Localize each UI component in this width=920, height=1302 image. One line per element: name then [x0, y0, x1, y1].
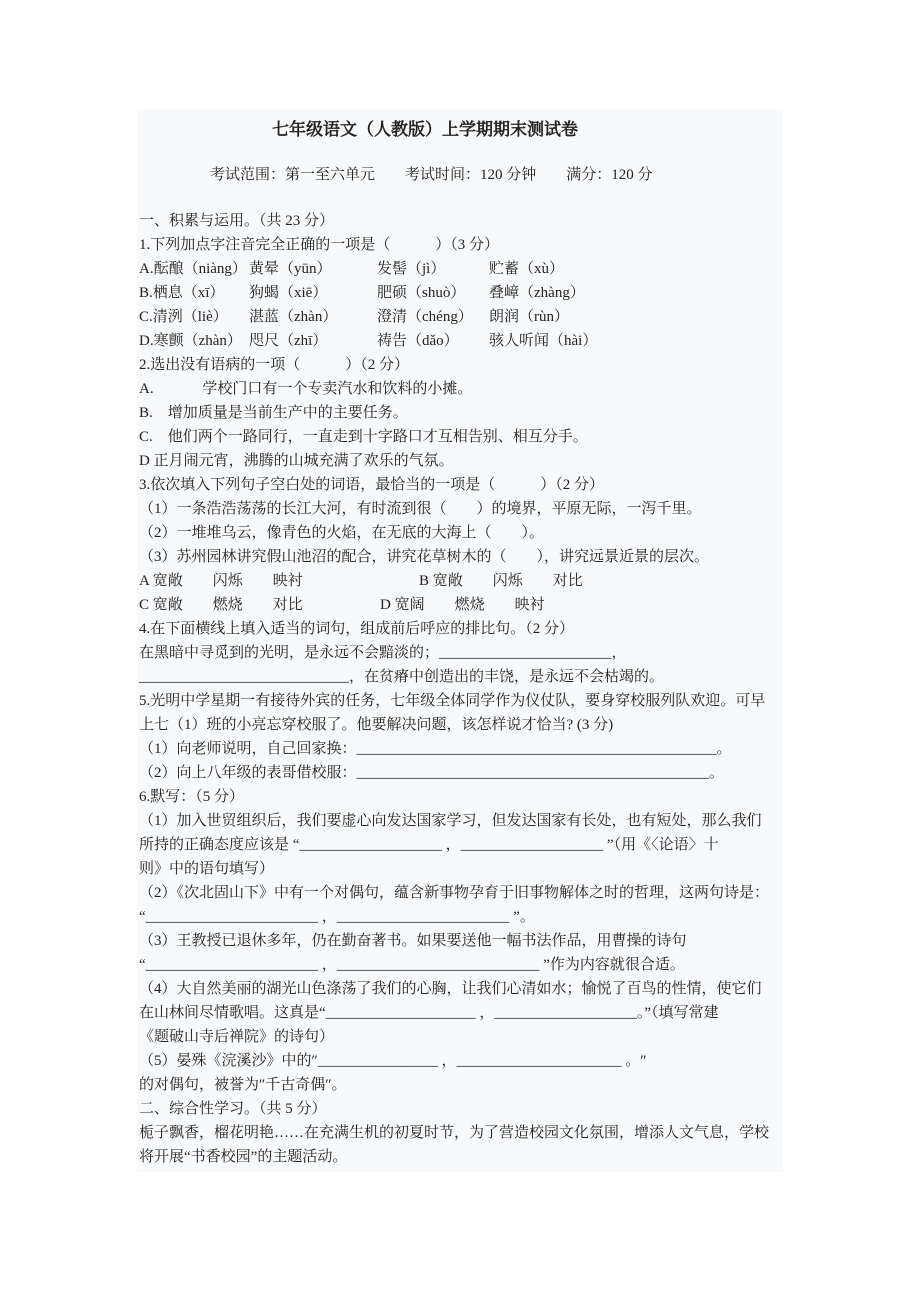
section-2-intro-line1: 栀子飘香，榴花明艳……在充满生机的初夏时节，为了营造校园文化氛围，增添人文气息，…	[139, 1121, 783, 1145]
q6-item5-line1: （5）晏殊《浣溪沙》中的″________________ ，_________…	[139, 1049, 783, 1073]
q2-option-d: D 正月闹元宵，沸腾的山城充满了欢乐的气氛。	[139, 449, 783, 473]
q6-item4-line3: 《题破山寺后禅院》的诗句）	[139, 1025, 783, 1049]
q3-choice-d: D 宽阔 燃烧 映衬	[380, 593, 783, 617]
q6-item4-line1: （4）大自然美丽的湖光山色涤荡了我们的心胸，让我们心清如水；愉悦了百鸟的性情，使…	[139, 977, 783, 1001]
q1-option-d-row: D.寒颤（zhàn） 咫尺（zhī） 祷告（dǎo） 骇人听闻（hài）	[139, 329, 783, 353]
q5-stem-line-2: 上七（1）班的小亮忘穿校服了。他要解决问题，该怎样说才恰当? (3 分)	[139, 713, 783, 737]
q2-stem: 2.选出没有语病的一项（ ）（2 分）	[139, 353, 783, 377]
q3-stem: 3.依次填入下列句子空白处的词语，最恰当的一项是（ ）（2 分）	[139, 473, 783, 497]
q5-stem-line-1: 5.光明中学星期一有接待外宾的任务，七年级全体同学作为仪仗队，要身穿校服列队欢迎…	[139, 689, 783, 713]
section-2-heading: 二、综合性学习。（共 5 分）	[139, 1097, 783, 1121]
q2-option-a: A. 学校门口有一个专卖汽水和饮料的小摊。	[139, 377, 783, 401]
q1-b-word1: B.栖息（xī）	[139, 281, 249, 305]
q1-option-a-row: A.酝酿（niàng） 黄晕（yūn） 发髻（jì） 贮蓄（xù）	[139, 257, 783, 281]
exam-paper-page: 七年级语文（人教版）上学期期末测试卷 考试范围：第一至六单元 考试时间：120 …	[137, 110, 783, 1172]
q6-item1-line2: 所持的正确态度应该是 “___________________ ，_______…	[139, 833, 783, 857]
q3-choice-b: B 宽敞 闪烁 对比	[419, 569, 783, 593]
q6-item5-line2: 的对偶句，被誉为″千古奇偶″。	[139, 1073, 783, 1097]
q1-d-word3: 祷告（dǎo）	[377, 329, 489, 353]
q1-b-word4: 叠嶂（zhàng）	[489, 281, 783, 305]
q1-a-word3: 发髻（jì）	[377, 257, 489, 281]
exam-meta: 考试范围：第一至六单元 考试时间：120 分钟 满分：120 分	[137, 163, 783, 187]
q6-stem: 6.默写：（5 分）	[139, 785, 783, 809]
q6-item2-line2: “_______________________ ，______________…	[139, 905, 783, 929]
q2-option-c: C. 他们两个一路同行，一直走到十字路口才互相告别、相互分手。	[139, 425, 783, 449]
exam-body: 一、积累与运用。（共 23 分） 1.下列加点字注音完全正确的一项是（ ）（3 …	[137, 209, 783, 1169]
q1-d-word1: D.寒颤（zhàn）	[139, 329, 249, 353]
q1-option-b-row: B.栖息（xī） 狗蝎（xiē） 肥硕（shuò） 叠嶂（zhàng）	[139, 281, 783, 305]
q6-item3-line1: （3）王教授已退休多年，仍在勤奋著书。如果要送他一幅书法作品，用曹操的诗句	[139, 929, 783, 953]
q1-a-word4: 贮蓄（xù）	[489, 257, 783, 281]
q1-b-word2: 狗蝎（xiē）	[249, 281, 377, 305]
q1-stem: 1.下列加点字注音完全正确的一项是（ ）（3 分）	[139, 233, 783, 257]
q5-item-1: （1）向老师说明，自己回家换：_________________________…	[139, 737, 783, 761]
q3-choice-c: C 宽敞 燃烧 对比	[139, 593, 380, 617]
q3-item-1: （1）一条浩浩荡荡的长江大河，有时流到很（ ）的境界，平原无际，一泻千里。	[139, 497, 783, 521]
q3-item-3: （3）苏州园林讲究假山池沼的配合，讲究花草树木的（ ），讲究远景近景的层次。	[139, 545, 783, 569]
q1-c-word3: 澄清（chéng）	[377, 305, 489, 329]
q3-choices-row-cd: C 宽敞 燃烧 对比 D 宽阔 燃烧 映衬	[139, 593, 783, 617]
q1-a-word2: 黄晕（yūn）	[249, 257, 377, 281]
q3-choices-row-ab: A 宽敞 闪烁 映衬 B 宽敞 闪烁 对比	[139, 569, 783, 593]
q2-option-b: B. 增加质量是当前生产中的主要任务。	[139, 401, 783, 425]
q1-option-c-row: C.清洌（liè） 湛蓝（zhàn） 澄清（chéng） 朗润（rùn）	[139, 305, 783, 329]
q3-choice-a: A 宽敞 闪烁 映衬	[139, 569, 419, 593]
q5-item-2: （2）向上八年级的表哥借校服：_________________________…	[139, 761, 783, 785]
q3-item-2: （2）一堆堆乌云，像青色的火焰，在无底的大海上（ ）。	[139, 521, 783, 545]
q1-c-word1: C.清洌（liè）	[139, 305, 249, 329]
q6-item2-line1: （2）《次北固山下》中有一个对偶句，蕴含新事物孕育于旧事物解体之时的哲理，这两句…	[139, 881, 783, 905]
q1-d-word4: 骇人听闻（hài）	[489, 329, 783, 353]
q4-blank-line-1: 在黑暗中寻觅到的光明，是永远不会黯淡的；____________________…	[139, 641, 783, 665]
q1-d-word2: 咫尺（zhī）	[249, 329, 377, 353]
q6-item4-line2: 在山林间尽情歌唱。这真是“____________________ ，_____…	[139, 1001, 783, 1025]
q4-stem: 4.在下面横线上填入适当的词句，组成前后呼应的排比句。（2 分）	[139, 617, 783, 641]
q6-item3-line2: “_______________________ ，______________…	[139, 953, 783, 977]
q4-blank-line-2: ____________________________，在贫瘠中创造出的丰饶，…	[139, 665, 783, 689]
section-2-intro-line2: 将开展“书香校园”的主题活动。	[139, 1145, 783, 1169]
q1-a-word1: A.酝酿（niàng）	[139, 257, 249, 281]
q1-b-word3: 肥硕（shuò）	[377, 281, 489, 305]
exam-title: 七年级语文（人教版）上学期期末测试卷	[137, 110, 783, 142]
section-1-heading: 一、积累与运用。（共 23 分）	[139, 209, 783, 233]
q1-c-word2: 湛蓝（zhàn）	[249, 305, 377, 329]
q1-c-word4: 朗润（rùn）	[489, 305, 783, 329]
q6-item1-line1: （1）加入世贸组织后，我们要虚心向发达国家学习，但发达国家有长处，也有短处，那么…	[139, 809, 783, 833]
q6-item1-line3: 则》中的语句填写）	[139, 857, 783, 881]
